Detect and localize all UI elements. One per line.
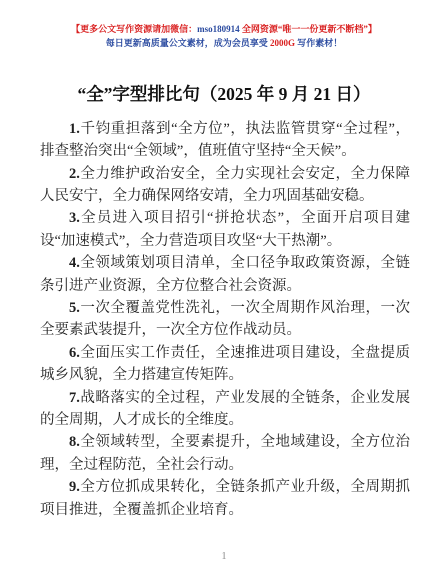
document-body: 1.千钧重担落到“全方位”，执法监管贯穿“全过程”，排查整治突出“全领域”，值班… — [40, 118, 410, 521]
paragraph-7-number: 7. — [69, 390, 80, 406]
watermark-header: 【更多公文写作资源请加微信：mso180914 全网资源“唯一一份更新不断档”】… — [0, 0, 448, 50]
paragraph-3: 3.全员进入项目招引“拼抢状态”，全面开启项目建设“加速模式”，全力营造项目攻坚… — [40, 207, 410, 252]
paragraph-6-text: 全面压实工作责任，全速推进项目建设，全盘提质城乡风貌，全力搭建宣传矩阵。 — [40, 345, 410, 383]
paragraph-4-text: 全领域策划项目清单，全口径争取政策资源，全链条引进产业资源，全方位整合社会资源。 — [40, 255, 410, 293]
paragraph-2-number: 2. — [69, 166, 80, 182]
watermark-line1-suffix: 全网资源“唯一一份更新不断档”】 — [240, 24, 377, 34]
paragraph-1-number: 1. — [69, 121, 80, 137]
page-number: 1 — [0, 551, 448, 562]
paragraph-7-text: 战略落实的全过程，产业发展的全链条，企业发展的全周期，人才成长的全维度。 — [40, 390, 410, 428]
watermark-line1-prefix: 【更多公文写作资源请加微信： — [71, 24, 197, 34]
document-page: 【更多公文写作资源请加微信：mso180914 全网资源“唯一一份更新不断档”】… — [0, 0, 448, 580]
paragraph-5: 5.一次全覆盖党性洗礼，一次全周期作风治理，一次全要素武装提升，一次全方位作战动… — [40, 297, 410, 342]
paragraph-3-number: 3. — [69, 210, 80, 226]
paragraph-1: 1.千钧重担落到“全方位”，执法监管贯穿“全过程”，排查整治突出“全领域”，值班… — [40, 118, 410, 163]
paragraph-8-text: 全领域转型，全要素提升，全地域建设，全方位治理，全过程防范，全社会行动。 — [40, 434, 410, 472]
paragraph-9-number: 9. — [69, 479, 80, 495]
paragraph-8-number: 8. — [69, 434, 80, 450]
watermark-size-value: 2000G — [270, 38, 295, 48]
paragraph-1-text: 千钧重担落到“全方位”，执法监管贯穿“全过程”，排查整治突出“全领域”，值班值守… — [40, 121, 410, 159]
watermark-line1: 【更多公文写作资源请加微信：mso180914 全网资源“唯一一份更新不断档”】 — [0, 23, 448, 37]
watermark-line2-suffix: 写作素材！ — [295, 38, 342, 48]
document-title: “全”字型排比句（2025 年 9 月 21 日） — [0, 81, 448, 106]
paragraph-9: 9.全方位抓成果转化，全链条抓产业升级，全周期抓项目推进，全覆盖抓企业培育。 — [40, 476, 410, 521]
watermark-line2: 每日更新高质量公文素材，成为会员享受 2000G 写作素材！ — [0, 37, 448, 51]
paragraph-4: 4.全领域策划项目清单，全口径争取政策资源，全链条引进产业资源，全方位整合社会资… — [40, 252, 410, 297]
paragraph-8: 8.全领域转型，全要素提升，全地域建设，全方位治理，全过程防范，全社会行动。 — [40, 431, 410, 476]
paragraph-4-number: 4. — [69, 255, 80, 271]
paragraph-5-text: 一次全覆盖党性洗礼，一次全周期作风治理，一次全要素武装提升，一次全方位作战动员。 — [40, 300, 410, 338]
paragraph-6-number: 6. — [69, 345, 80, 361]
paragraph-3-text: 全员进入项目招引“拼抢状态”，全面开启项目建设“加速模式”，全力营造项目攻坚“大… — [40, 210, 410, 248]
paragraph-2-text: 全力维护政治安全，全力实现社会安定，全力保障人民安宁，全力确保网络安靖，全力巩固… — [40, 166, 410, 204]
watermark-line2-prefix: 每日更新高质量公文素材，成为会员享受 — [106, 38, 270, 48]
paragraph-9-text: 全方位抓成果转化，全链条抓产业升级，全周期抓项目推进，全覆盖抓企业培育。 — [40, 479, 410, 517]
paragraph-7: 7.战略落实的全过程，产业发展的全链条，企业发展的全周期，人才成长的全维度。 — [40, 387, 410, 432]
paragraph-2: 2.全力维护政治安全，全力实现社会安定，全力保障人民安宁，全力确保网络安靖，全力… — [40, 163, 410, 208]
paragraph-5-number: 5. — [69, 300, 80, 316]
paragraph-6: 6.全面压实工作责任，全速推进项目建设，全盘提质城乡风貌，全力搭建宣传矩阵。 — [40, 342, 410, 387]
watermark-wechat-id: mso180914 — [197, 24, 240, 34]
